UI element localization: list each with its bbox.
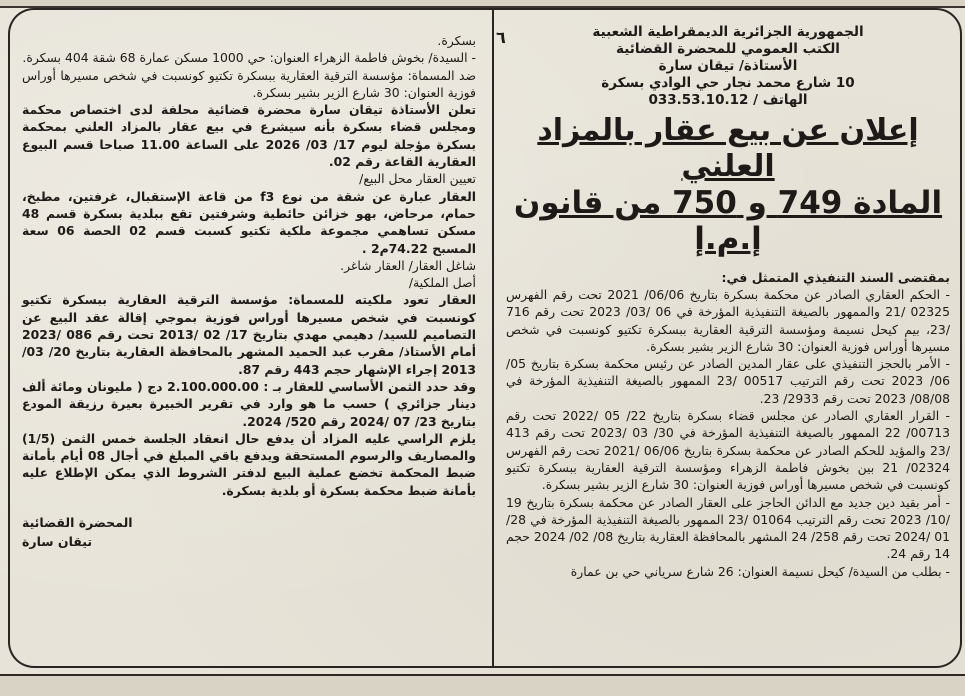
header-line: الكتب العمومي للمحضرة القضائية [546, 41, 910, 58]
signature-block: المحضرة القضائية تيقان سارة [22, 513, 476, 551]
occupant-status: شاغل العقار/ العقار شاغر. [22, 257, 476, 274]
auction-announcement: تعلن الأستاذة تيقان سارة محضرة قضائية مح… [22, 101, 476, 170]
intro-text: بمقتضى السند التنفيذي المتمثل في: [506, 269, 950, 286]
top-rule [0, 0, 965, 8]
body-paragraph: - السيدة/ بخوش فاطمة الزهراء العنوان: حي… [22, 49, 476, 66]
body-paragraph: ضد المسماة: مؤسسة الترقية العقارية ببسكر… [22, 67, 476, 102]
notice-right-column: الجمهورية الجزائرية الديمقراطية الشعبية … [492, 8, 962, 668]
bottom-rule [0, 674, 965, 696]
header-line: الأستاذة/ تيقان سارة [546, 58, 910, 75]
enforcement-item: - الأمر بالحجز التنفيذي على عقار المدين … [506, 355, 950, 407]
ownership-origin: العقار تعود ملكيته للمسماة: مؤسسة الترقي… [22, 291, 476, 377]
header-line: الجمهورية الجزائرية الديمقراطية الشعبية [546, 24, 910, 41]
header-line: الهاتف / 033.53.10.12 [546, 92, 910, 109]
title-line-2: المادة 749 و 750 من قانون إ.م.إ [506, 185, 950, 257]
header-line: 10 شارع محمد نجار حي الوادي بسكرة [546, 75, 910, 92]
body-paragraph: بسكرة. [22, 32, 476, 49]
property-description: العقار عبارة عن شقة من نوع f3 من قاعة ال… [22, 188, 476, 257]
notice-left-column: بسكرة. - السيدة/ بخوش فاطمة الزهراء العن… [8, 8, 492, 668]
notice-title: إعلان عن بيع عقار بالمزاد العلني المادة … [506, 113, 950, 257]
enforcement-item: - القرار العقاري الصادر عن مجلس قضاء بسك… [506, 407, 950, 493]
section-heading: تعيين العقار محل البيع/ [22, 170, 476, 187]
enforcement-item: - الحكم العقاري الصادر عن محكمة بسكرة بت… [506, 286, 950, 355]
payment-terms: يلزم الراسي عليه المزاد أن يدفع حال انعق… [22, 430, 476, 499]
signature-title: المحضرة القضائية [22, 513, 476, 532]
enforcement-item: - أمر بقيد دين جديد مع الدائن الحاجز على… [506, 494, 950, 563]
section-heading: أصل الملكية/ [22, 274, 476, 291]
title-line-1: إعلان عن بيع عقار بالمزاد العلني [506, 113, 950, 185]
office-header: الجمهورية الجزائرية الديمقراطية الشعبية … [546, 24, 910, 109]
signature-name: تيقان سارة [22, 532, 476, 551]
enforcement-item: - بطلب من السيدة/ كيحل نسيمة العنوان: 26… [506, 563, 950, 580]
base-price: وقد حدد الثمن الأساسي للعقار بـ : 2.100.… [22, 378, 476, 430]
page-marker: ٦ [496, 28, 506, 47]
